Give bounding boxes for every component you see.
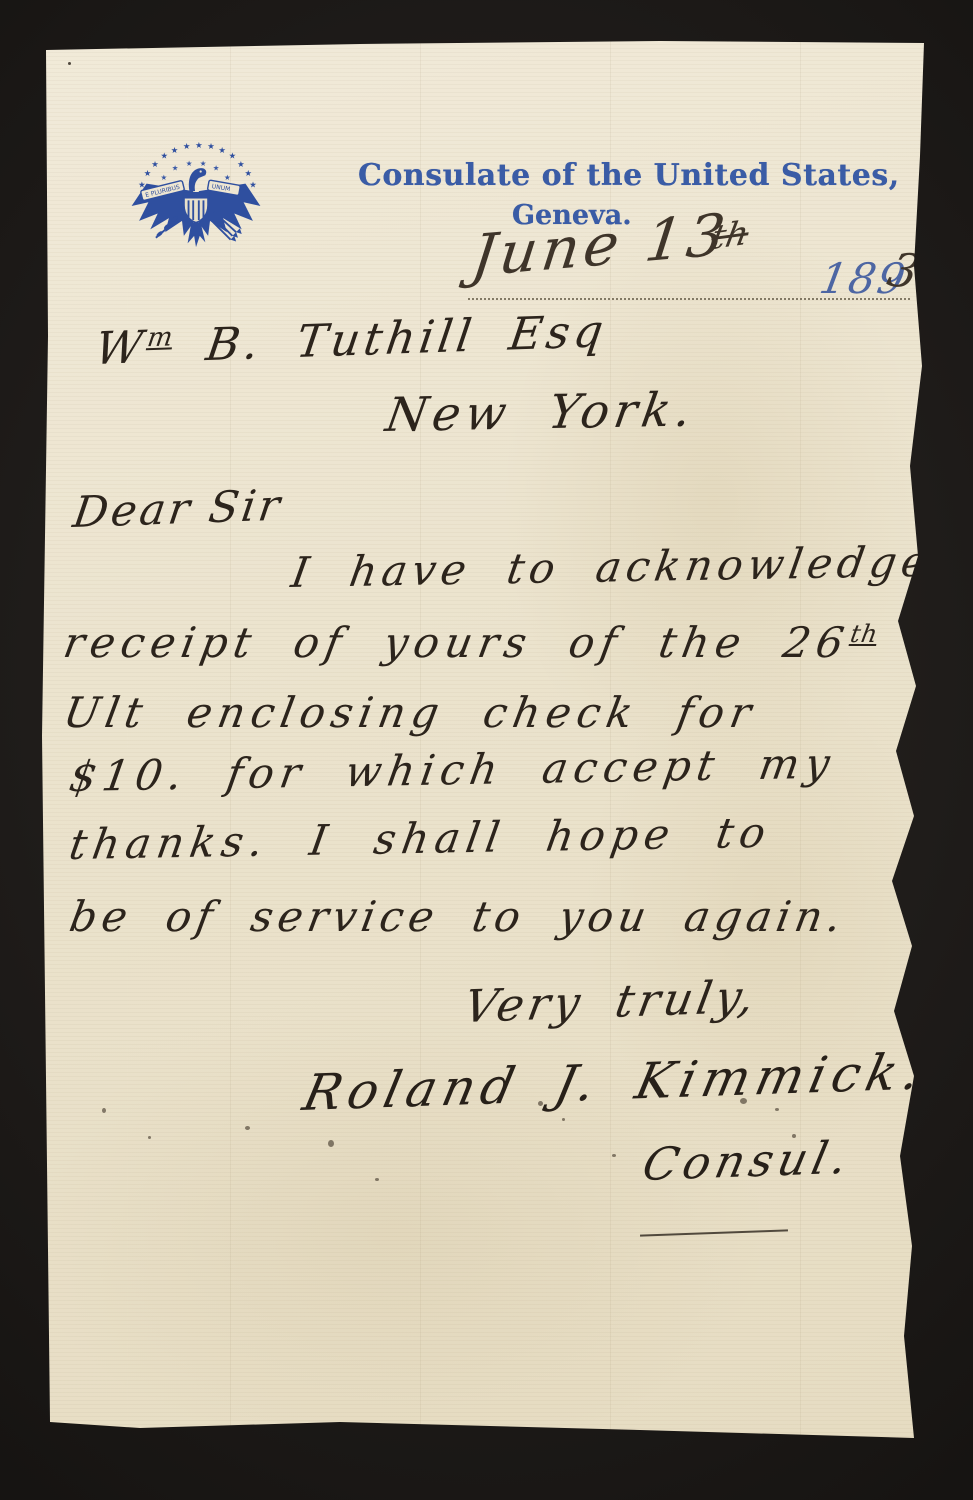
date-suffix: th <box>708 213 752 258</box>
svg-text:★: ★ <box>183 141 191 151</box>
photo-background: { "document_type": "scanned handwritten … <box>0 0 973 1500</box>
svg-text:★: ★ <box>144 168 152 178</box>
letter-paper: ★★★ ★★★ ★★★ ★★★ ★ ★★★ ★★★ E PLURIBUS UNU… <box>40 36 926 1446</box>
recipient-city: New York. <box>382 383 700 443</box>
recipient-name: Wm B. Tuthill Esq <box>92 304 611 375</box>
svg-text:★: ★ <box>245 168 253 178</box>
svg-text:★: ★ <box>161 150 169 160</box>
eagle-crest-icon: ★★★ ★★★ ★★★ ★★★ ★ ★★★ ★★★ E PLURIBUS UNU… <box>126 128 266 256</box>
svg-text:★: ★ <box>200 159 207 168</box>
signature-flourish <box>640 1229 788 1236</box>
signer-title: Consul. <box>638 1131 857 1191</box>
svg-text:★: ★ <box>151 159 159 169</box>
svg-text:★: ★ <box>186 159 193 168</box>
body-line-2: receipt of yours of the 26th <box>60 618 881 667</box>
body-line-4: $10. for which accept my <box>66 739 839 801</box>
svg-text:★: ★ <box>237 159 245 169</box>
handwritten-year-digit: 3 <box>882 242 926 299</box>
signature: Roland J. Kimmick. <box>298 1043 931 1122</box>
body-line-2-superscript: th <box>848 619 881 648</box>
body-line-6: be of service to you again. <box>66 892 850 941</box>
valediction: Very truly, <box>460 970 762 1033</box>
svg-text:★: ★ <box>213 164 220 173</box>
body-line-3: Ult enclosing check for <box>60 688 761 737</box>
svg-text:★: ★ <box>172 164 179 173</box>
body-line-1: I have to acknowledge <box>288 537 935 597</box>
date-dotted-rule <box>468 298 910 300</box>
svg-text:★: ★ <box>249 179 257 189</box>
salutation: Dear Sir <box>70 481 286 538</box>
svg-text:★: ★ <box>195 140 203 150</box>
body-line-5: thanks. I shall hope to <box>66 808 775 869</box>
svg-text:★: ★ <box>171 145 179 155</box>
svg-text:★: ★ <box>229 150 237 160</box>
svg-text:★: ★ <box>207 141 215 151</box>
paper-speck <box>68 62 71 65</box>
svg-text:★: ★ <box>218 145 226 155</box>
letterhead-org-line: Consulate of the United States, <box>358 158 900 193</box>
svg-text:★: ★ <box>224 173 231 182</box>
handwritten-date: June 13 <box>468 200 733 290</box>
svg-text:★: ★ <box>161 173 168 182</box>
